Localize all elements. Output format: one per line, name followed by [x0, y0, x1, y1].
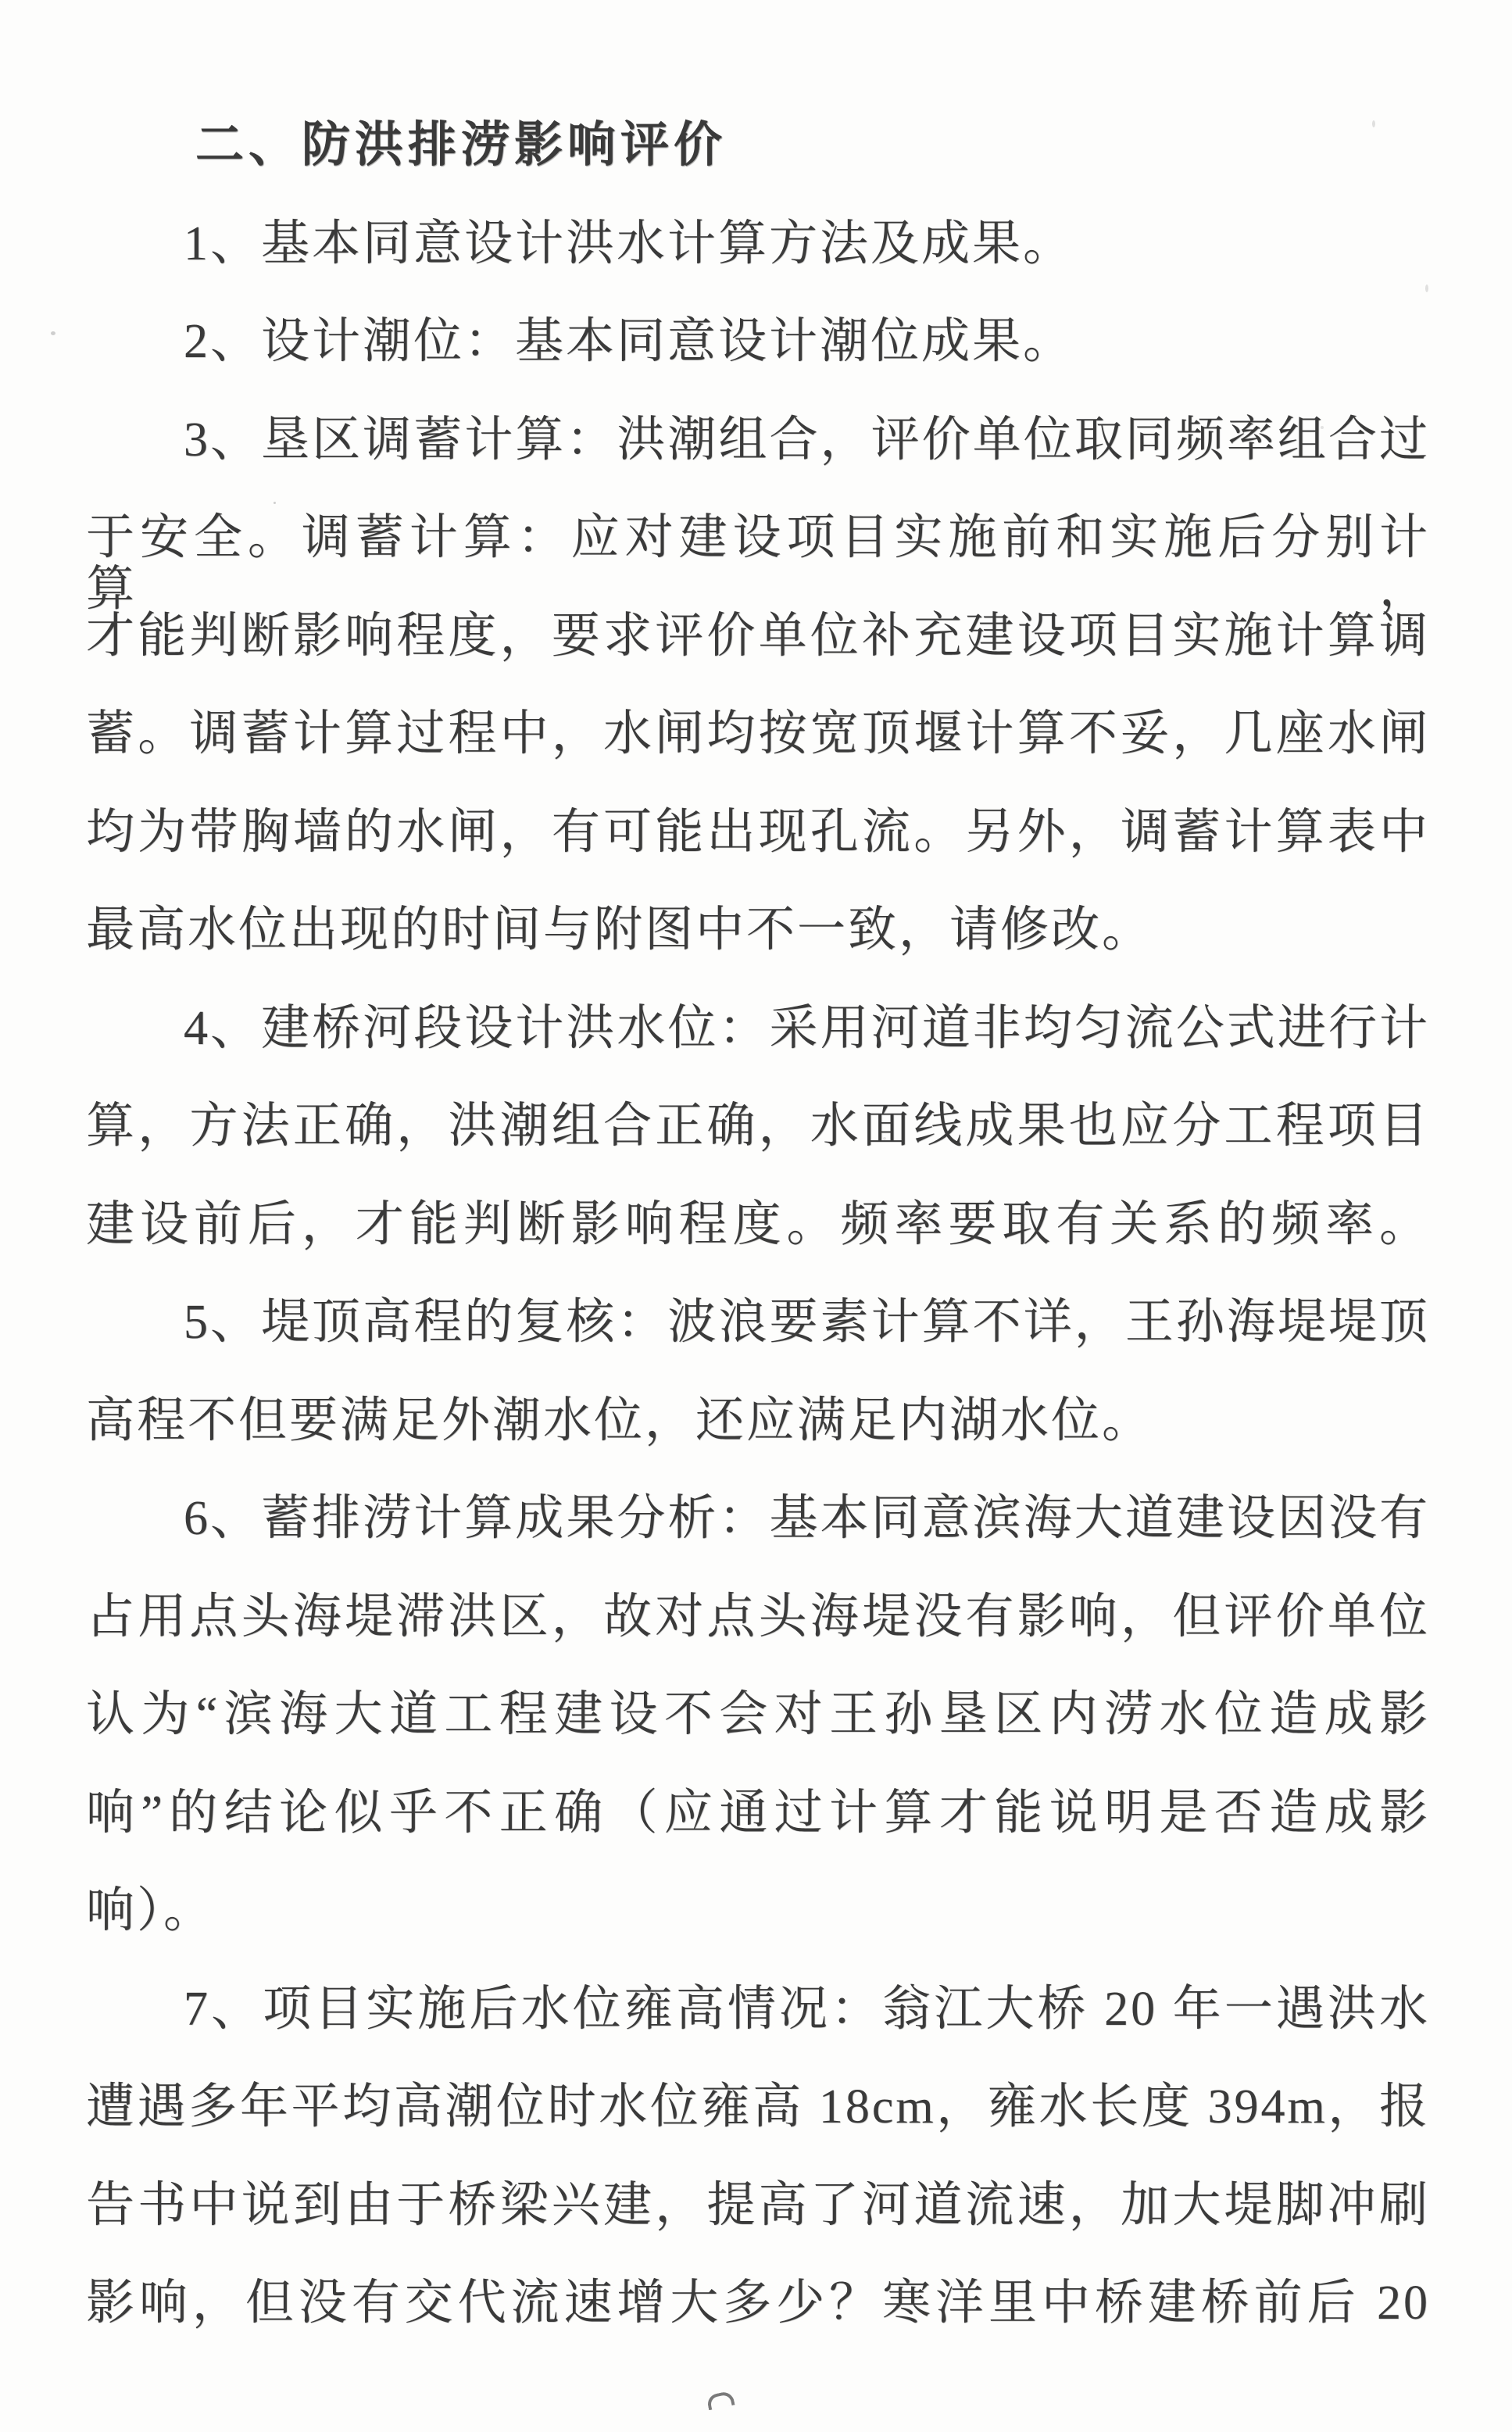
text-line: 才能判断影响程度，要求评价单位补充建设项目实施计算调	[86, 610, 1430, 662]
scan-speck	[1321, 426, 1324, 429]
text-line: 告书中说到由于桥梁兴建，提高了河道流速，加大堤脚冲刷	[86, 2180, 1430, 2231]
text-line: 3、垦区调蓄计算：洪潮组合，评价单位取同频率组合过	[184, 414, 1430, 466]
text-line: 4、建桥河段设计洪水位：采用河道非均匀流公式进行计	[184, 1003, 1430, 1054]
text-line: 2、设计潮位：基本同意设计潮位成果。	[184, 316, 1430, 367]
text-line: 遭遇多年平均高潮位时水位雍高 18cm，雍水长度 394m，报	[86, 2081, 1430, 2133]
text-line: 1、基本同意设计洪水计算方法及成果。	[184, 218, 1430, 270]
text-line: 最高水位出现的时间与附图中不一致，请修改。	[86, 904, 1430, 956]
text-line: 影响，但没有交代流速增大多少？寒洋里中桥建桥前后 20	[86, 2277, 1430, 2329]
text-line: 蓄。调蓄计算过程中，水闸均按宽顶堰计算不妥，几座水闸	[86, 708, 1430, 760]
text-line: 7、项目实施后水位雍高情况：翁江大桥 20 年一遇洪水	[184, 1983, 1430, 2035]
text-line: 均为带胸墙的水闸，有可能出现孔流。另外，调蓄计算表中	[86, 806, 1430, 858]
scanned-document-page: 二、防洪排涝影响评价 1、基本同意设计洪水计算方法及成果。 2、设计潮位：基本同…	[0, 0, 1512, 2432]
text-line: 于安全。调蓄计算：应对建设项目实施前和实施后分别计算，	[86, 512, 1430, 615]
scan-speck	[273, 502, 276, 504]
text-line: 5、堤顶高程的复核：波浪要素计算不详，王孙海堤堤顶	[184, 1296, 1430, 1348]
text-line: 高程不但要满足外潮水位，还应满足内湖水位。	[86, 1395, 1430, 1447]
scan-speck	[51, 331, 55, 335]
text-line: 建设前后，才能判断影响程度。频率要取有关系的频率。	[86, 1199, 1430, 1250]
text-line: 算，方法正确，洪潮组合正确，水面线成果也应分工程项目	[86, 1100, 1430, 1152]
text-line: 响）。	[86, 1885, 1430, 1937]
scan-speck	[883, 1137, 886, 1140]
page-bottom-curve-mark	[706, 2391, 735, 2411]
text-line: 占用点头海堤滞洪区，故对点头海堤没有影响，但评价单位	[86, 1591, 1430, 1643]
scan-speck	[1372, 120, 1375, 127]
text-line: 响”的结论似乎不正确（应通过计算才能说明是否造成影	[86, 1787, 1430, 1839]
section-heading: 二、防洪排涝影响评价	[195, 120, 727, 171]
scan-speck	[1425, 284, 1428, 292]
text-line: 6、蓄排涝计算成果分析：基本同意滨海大道建设因没有	[184, 1493, 1430, 1544]
text-line: 认为“滨海大道工程建设不会对王孙垦区内涝水位造成影	[86, 1689, 1430, 1740]
